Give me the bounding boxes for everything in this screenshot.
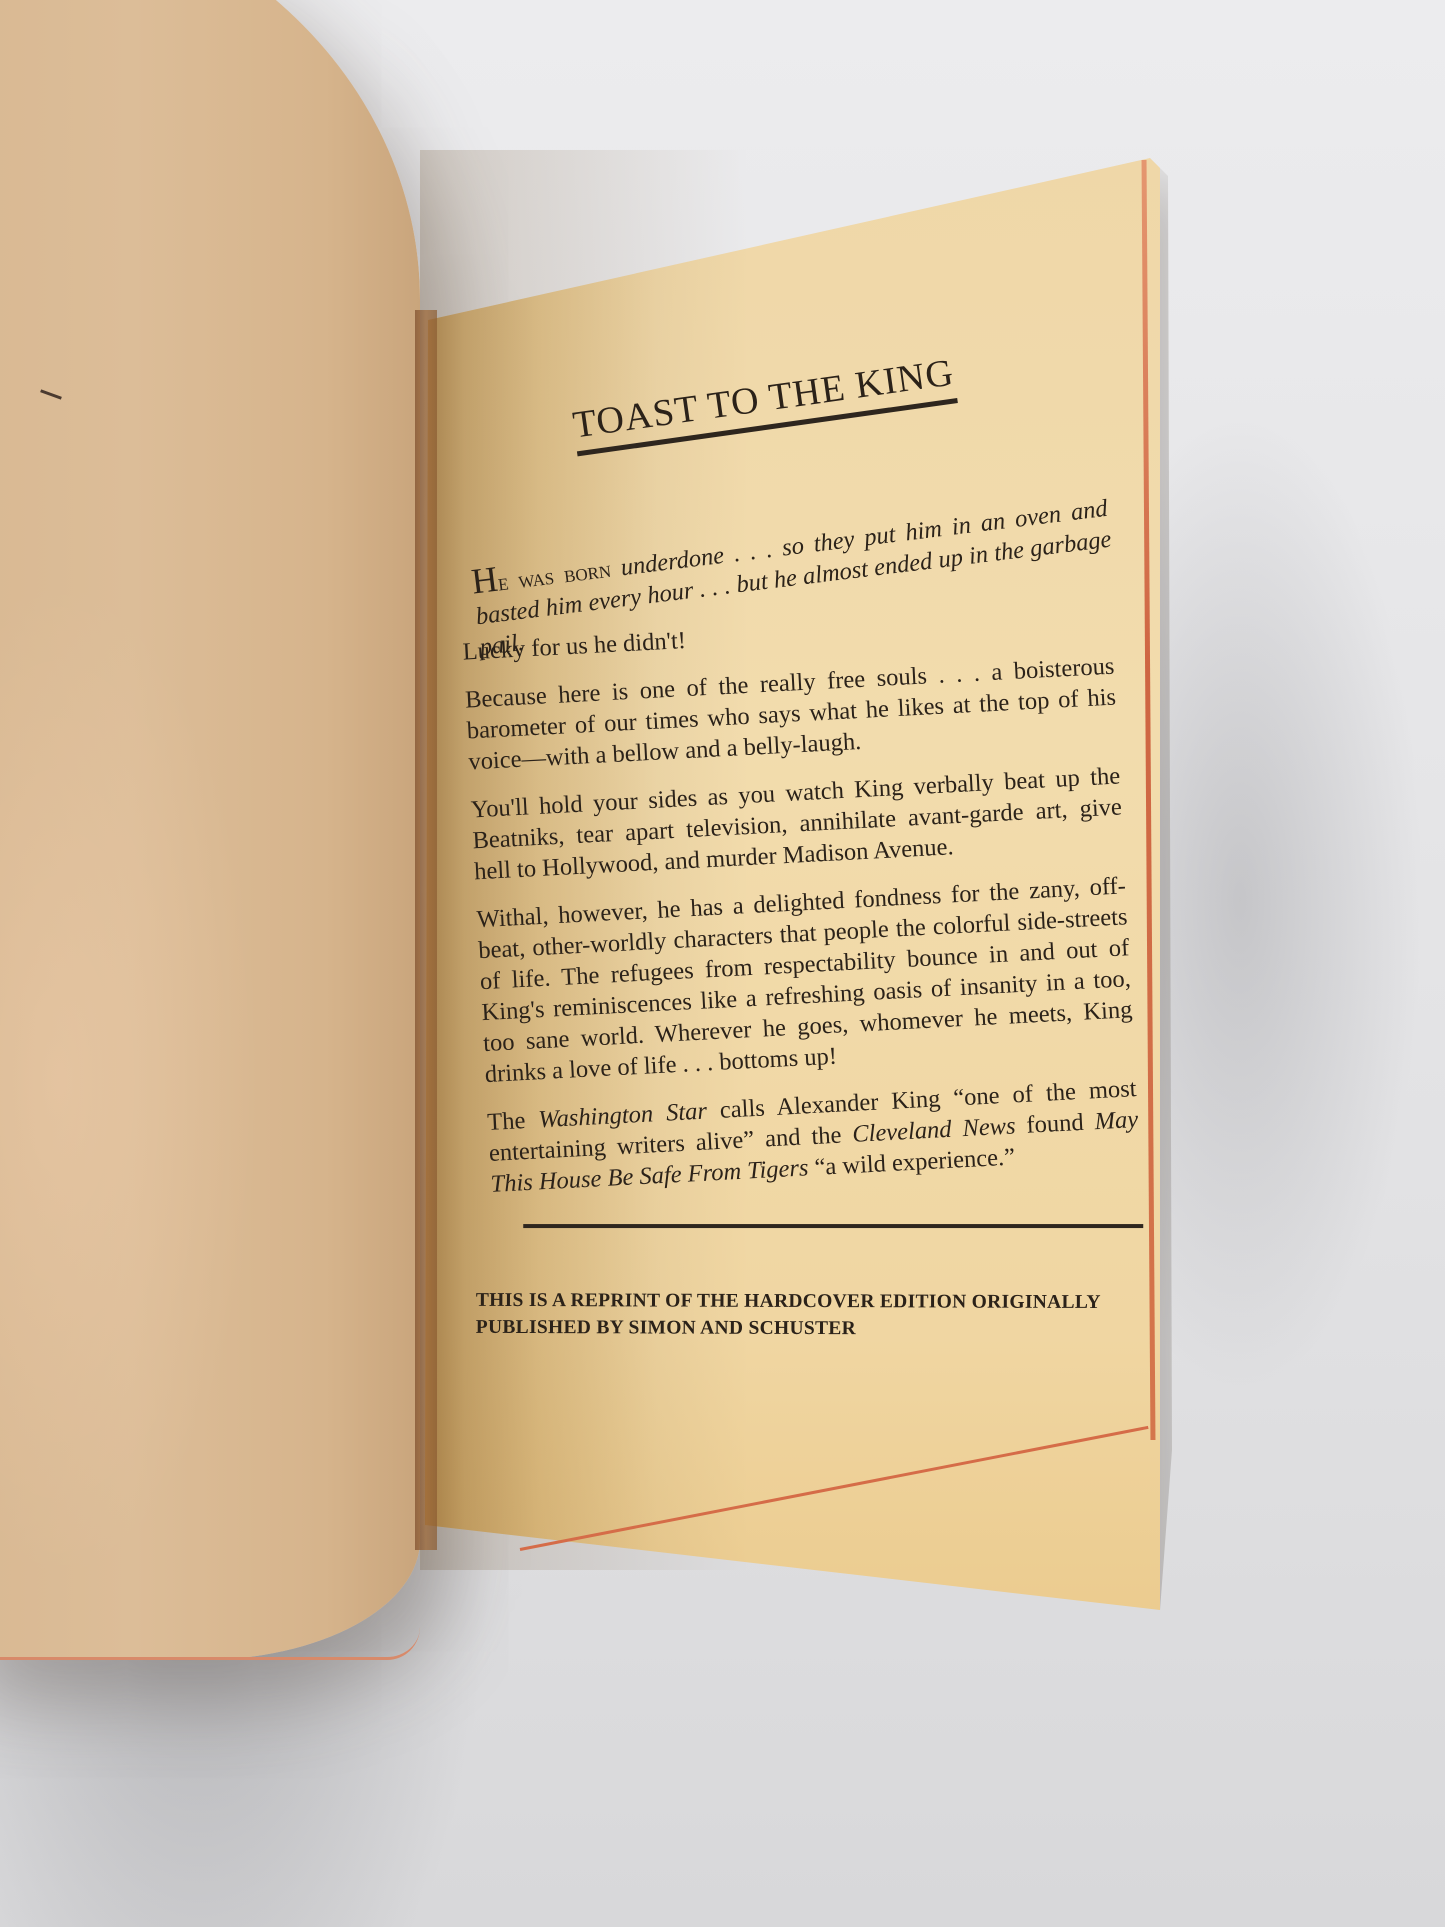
review-quotes-paragraph: The Washington Star calls Alexander King…: [487, 1073, 1141, 1200]
text-run: “a wild experience.”: [808, 1143, 1016, 1181]
text-run: The: [487, 1106, 539, 1136]
page-blemish: [40, 389, 62, 399]
left-page-curled: [0, 0, 420, 1660]
book-gutter: [415, 310, 437, 1550]
page-text: TOAST TO THE KING He was born underdone …: [450, 376, 1148, 1340]
newspaper-washington-star: Washington Star: [538, 1098, 708, 1134]
divider-rule: [523, 1224, 1143, 1228]
dropcap: H: [469, 559, 500, 602]
paragraph: You'll hold your sides as you watch King…: [470, 760, 1124, 887]
reprint-notice: THIS IS A REPRINT OF THE HARDCOVER EDITI…: [476, 1287, 1146, 1343]
paragraph: Because here is one of the really free s…: [464, 651, 1118, 778]
newspaper-cleveland-news: Cleveland News: [852, 1112, 1017, 1148]
text-run: found: [1015, 1108, 1095, 1139]
paragraph: Withal, however, he has a delighted fond…: [476, 870, 1135, 1090]
